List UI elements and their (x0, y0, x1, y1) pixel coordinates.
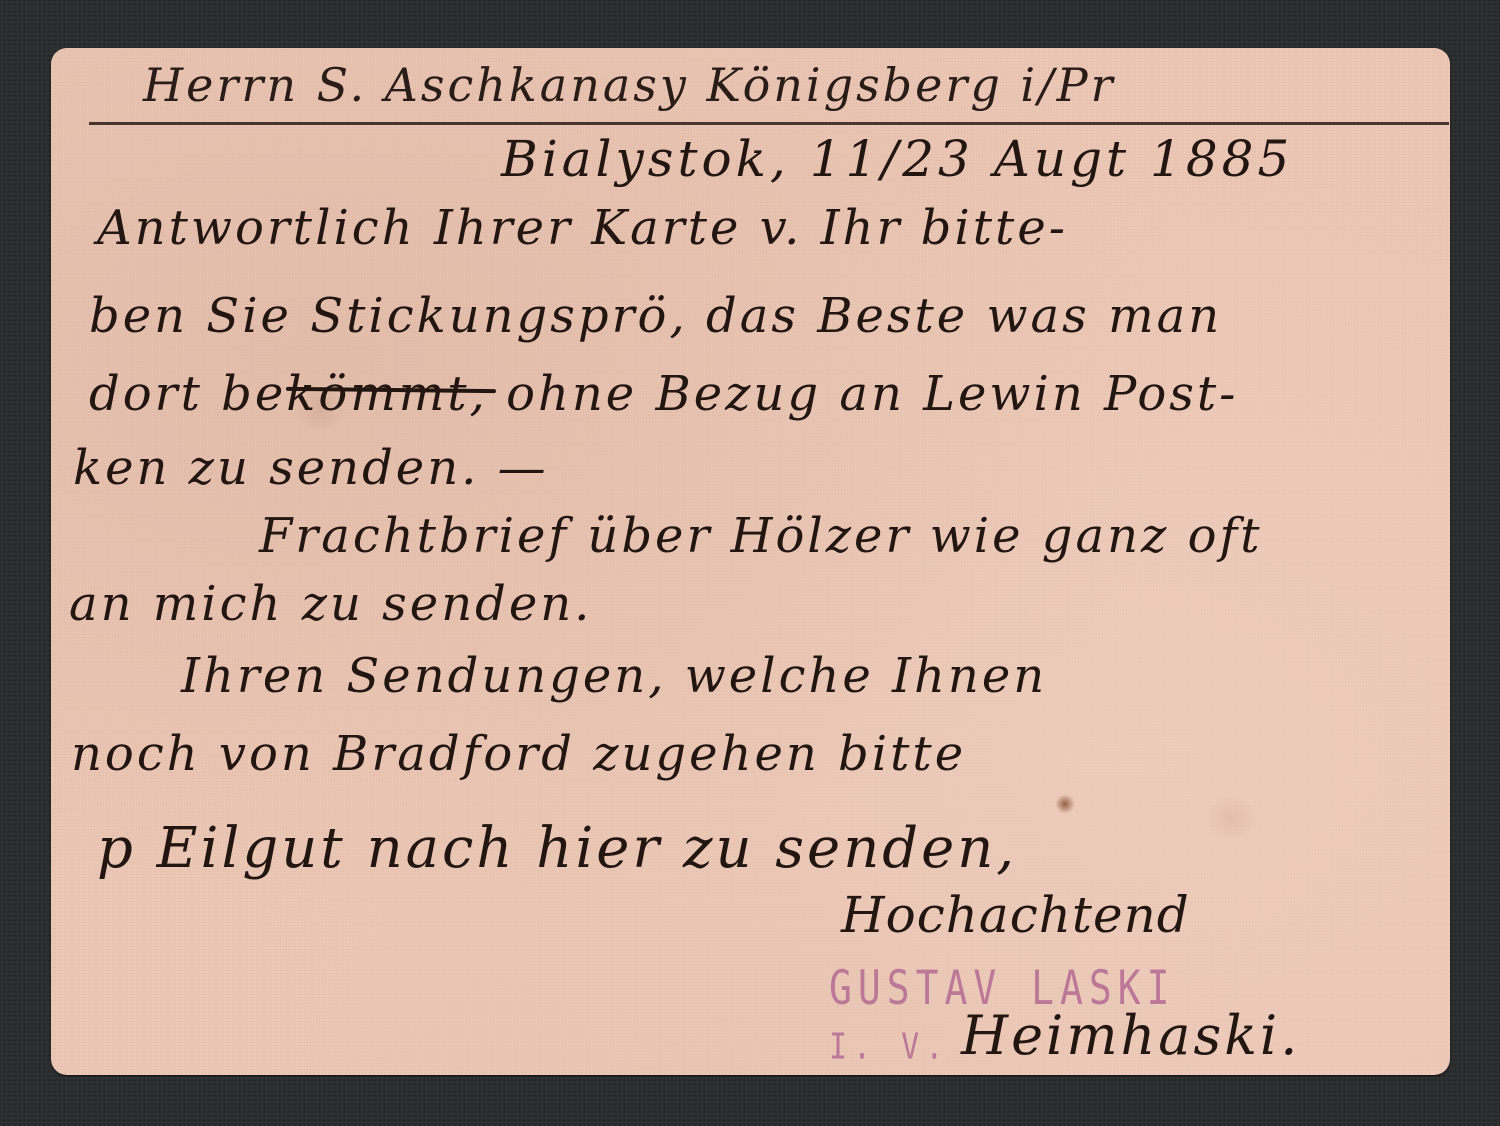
closing-salutation: Hochachtend (841, 886, 1190, 944)
paper-stain (1201, 798, 1261, 838)
body-line-9: p Eilgut nach hier zu senden, (97, 816, 1017, 881)
body-line-8: noch von Bradford zugehen bitte (71, 726, 966, 782)
postcard: Herrn S. Aschkanasy Königsberg i/Pr Bial… (51, 48, 1450, 1075)
body-line-6: an mich zu senden. (69, 576, 592, 632)
body-line-5: Frachtbrief über Hölzer wie ganz oft (259, 508, 1263, 564)
body-line-1: Antwortlich Ihrer Karte v. Ihr bitte- (97, 200, 1068, 256)
body-line-2: ben Sie Stickungsprö, das Beste was man (89, 288, 1222, 344)
dateline: Bialystok, 11/23 Augt 1885 (501, 130, 1293, 188)
address-underline-rule (89, 122, 1449, 125)
body-line-3: dort bekömmt, ohne Bezug an Lewin Post- (89, 366, 1238, 422)
body-line-4: ken zu senden. — (73, 440, 549, 496)
body-line-7: Ihren Sendungen, welche Ihnen (181, 648, 1047, 704)
signature: Heimhaski. (961, 1004, 1300, 1067)
ink-spot (1055, 794, 1075, 814)
address-line: Herrn S. Aschkanasy Königsberg i/Pr (143, 58, 1116, 112)
rubber-stamp-prefix: I. V. (829, 1026, 949, 1068)
